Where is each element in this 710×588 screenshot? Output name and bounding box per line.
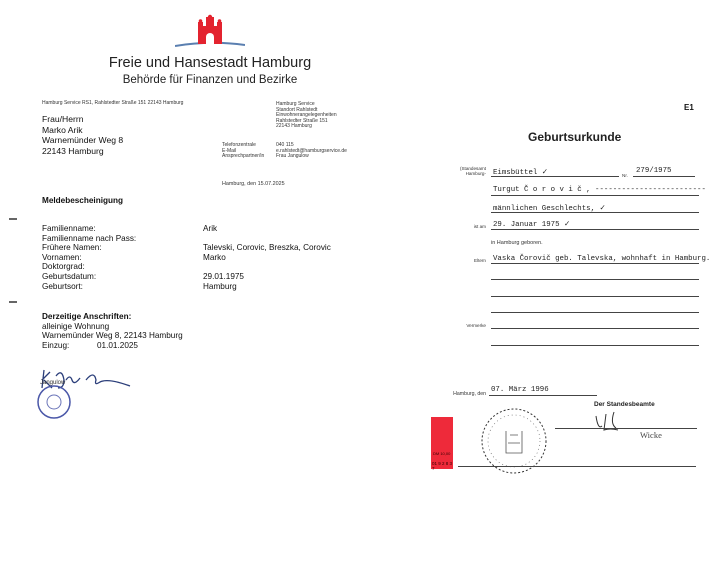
field-value: Arik (203, 224, 217, 234)
recipient-line: Warnemünder Weg 8 (42, 135, 123, 146)
official-name: Wicke (640, 430, 662, 440)
field-label: Geburtsort: (42, 282, 203, 292)
field-value: 29.01.1975 (203, 272, 244, 282)
move-in-label: Einzug: (42, 341, 97, 351)
field-row: Familienname:Arik (42, 224, 331, 234)
rule (491, 328, 699, 329)
parents-label: Eltern (460, 258, 486, 263)
office-block: Hamburg Service Standort Rahlstedt Einwo… (276, 102, 337, 130)
field-label: Vornamen: (42, 253, 203, 263)
registration-fields: Familienname:Arik Familienname nach Pass… (42, 224, 331, 291)
rule (489, 395, 597, 396)
field-label: Familienname: (42, 224, 203, 234)
field-value: Hamburg (203, 282, 237, 292)
residence-type: alleinige Wohnung (42, 322, 183, 332)
contact-block: Telefonzentrale040 115 E-Maile.rahlstedt… (222, 143, 347, 160)
official-title: Der Standesbeamte (594, 401, 655, 408)
field-row: Doktorgrad: (42, 262, 331, 272)
rule (633, 176, 695, 177)
rule (458, 466, 696, 467)
contact-value: Frau Jangulow (276, 154, 309, 160)
field-label: Frühere Namen: (42, 243, 203, 253)
corner-mark: E1 (684, 103, 694, 112)
hamburg-logo (175, 14, 245, 54)
field-value: Marko (203, 253, 226, 263)
sender-line: Hamburg Service RS1, Rahlstedter Straße … (42, 101, 183, 107)
registry-label: (Standesamt Hamburg- (450, 166, 486, 176)
office-line: 22143 Hamburg (276, 124, 337, 130)
parents-value: Vaska Čorovič geb. Talevska, wohnhaft in… (493, 253, 710, 263)
current-address: Derzeitige Anschriften: alleinige Wohnun… (42, 312, 183, 350)
fold-mark (9, 218, 17, 220)
recipient-address: Frau/Herrn Marko Arik Warnemünder Weg 8 … (42, 114, 123, 156)
rule (555, 428, 697, 429)
rule (491, 279, 699, 280)
field-row: Geburtsdatum:29.01.1975 (42, 272, 331, 282)
field-row: Familienname nach Pass: (42, 234, 331, 244)
field-row: Geburtsort:Hamburg (42, 282, 331, 292)
remarks-label: Vermerke (450, 323, 486, 328)
rule (491, 263, 699, 264)
recipient-line: 22143 Hamburg (42, 146, 123, 157)
number-label: Nr. (622, 173, 628, 178)
rule (491, 345, 699, 346)
field-row: Vornamen:Marko (42, 253, 331, 263)
fee-stamp-serial: 01 9 2 8 3 7 (432, 461, 453, 471)
issue-date-value: 07. März 1996 (491, 386, 549, 394)
authority-subtitle: Behörde für Finanzen und Bezirke (0, 74, 420, 86)
rule (491, 296, 699, 297)
signature-and-seal-icon (36, 366, 136, 426)
certificate-title: Geburtsurkunde (528, 130, 621, 144)
issue-date-label: Hamburg, den (440, 391, 486, 397)
letter-date: Hamburg, den 15.07.2025 (222, 182, 285, 188)
recipient-line: Frau/Herrn (42, 114, 123, 125)
fold-mark (9, 301, 17, 303)
field-label: Familienname nach Pass: (42, 234, 203, 244)
rule (491, 312, 699, 313)
field-value: Talevski, Corovic, Breszka, Corovic (203, 243, 331, 253)
child-name: Turgut Č o r o v i č , -----------------… (493, 186, 706, 194)
authority-title: Freie und Hansestadt Hamburg (0, 55, 420, 71)
fee-stamp: DM 10,00 01 9 2 8 3 7 (431, 417, 453, 469)
official-seal-icon (38, 386, 70, 418)
hamburg-castle-coat-of-arms-icon (175, 14, 245, 54)
birthplace: in Hamburg geboren. (491, 240, 543, 246)
fee-stamp-amount: DM 10,00 (433, 451, 450, 456)
field-row: Frühere Namen:Talevski, Corovic, Breszka… (42, 243, 331, 253)
field-label: Geburtsdatum: (42, 272, 203, 282)
rule (491, 195, 699, 196)
current-address-heading: Derzeitige Anschriften: (42, 312, 183, 322)
recipient-line: Marko Arik (42, 125, 123, 136)
contact-label: Ansprechpartner/in (222, 154, 276, 160)
move-in-date: 01.01.2025 (97, 341, 138, 351)
born-on-label: ist am (460, 224, 486, 229)
signatory-name: Jangulow (40, 381, 65, 387)
field-label: Doktorgrad: (42, 262, 203, 272)
number-value: 279/1975 (636, 167, 671, 175)
rule (491, 212, 699, 213)
rule (491, 229, 699, 230)
rule (491, 176, 619, 177)
residence-address: Warnemünder Weg 8, 22143 Hamburg (42, 331, 183, 341)
born-on-value: 29. Januar 1975 ✓ (493, 219, 570, 229)
document-heading: Meldebescheinigung (42, 196, 123, 205)
